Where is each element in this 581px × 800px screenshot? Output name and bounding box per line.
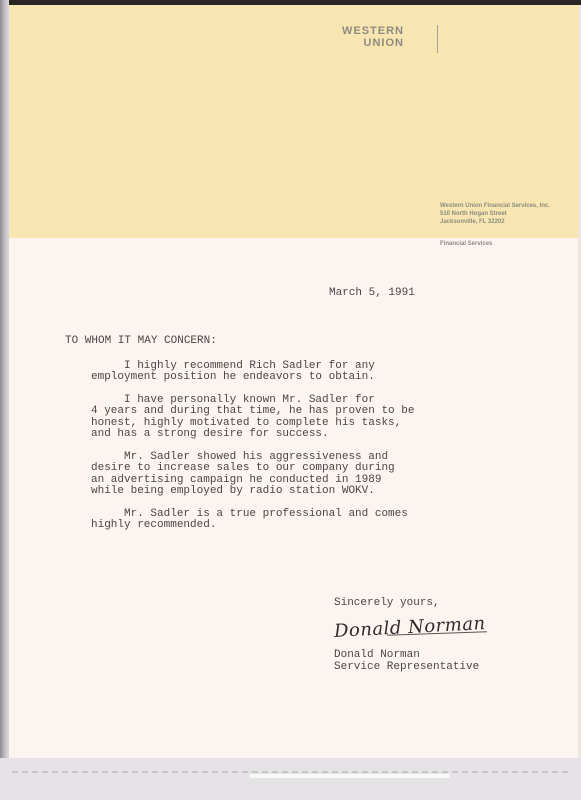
paragraph-2: I have personally known Mr. Sadler for 4… (91, 395, 414, 440)
western-union-logo: WESTERN UNION (342, 25, 404, 49)
plastic-sleeve (0, 758, 581, 800)
signer-title: Service Representative (334, 662, 479, 673)
address-city: Jacksonville, FL 32202 (440, 218, 550, 226)
paragraph-4: Mr. Sadler is a true professional and co… (91, 509, 408, 532)
letter-date: March 5, 1991 (329, 288, 415, 299)
handwritten-signature: Donald Norman (334, 613, 487, 642)
logo-line-2: UNION (342, 37, 404, 49)
paragraph-1: I highly recommend Rich Sadler for any e… (91, 361, 375, 384)
signer-name: Donald Norman (334, 650, 420, 661)
logo-line-1: WESTERN (342, 25, 404, 37)
logo-divider (437, 25, 438, 53)
closing: Sincerely yours, (334, 598, 440, 609)
division-name: Financial Services (440, 241, 492, 247)
sleeve-highlight (250, 774, 450, 778)
scan-border-left (0, 0, 9, 800)
company-address: Western Union Financial Services, Inc. 5… (440, 202, 550, 226)
paragraph-3: Mr. Sadler showed his aggressiveness and… (91, 452, 395, 497)
address-company: Western Union Financial Services, Inc. (440, 202, 550, 210)
letter-page: WESTERN UNION Western Union Financial Se… (9, 5, 581, 758)
salutation: TO WHOM IT MAY CONCERN: (65, 336, 217, 347)
sleeve-seam (12, 771, 572, 773)
address-street: 510 North Hogan Street (440, 210, 550, 218)
